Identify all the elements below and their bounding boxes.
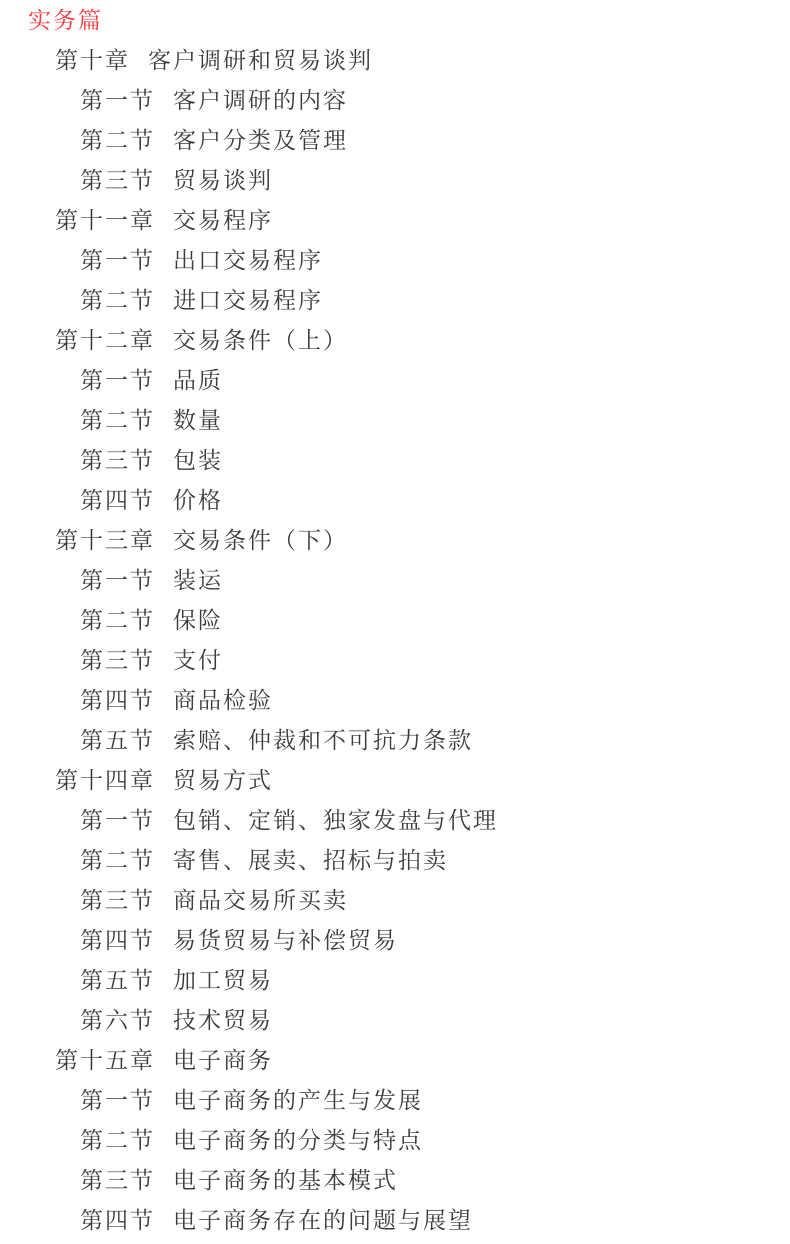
section-entry-label: 第三节 xyxy=(80,1169,155,1192)
section-entry-title: 价格 xyxy=(173,489,223,512)
section-entry[interactable]: 第六节技术贸易 xyxy=(0,1000,790,1040)
section-entry[interactable]: 第一节品质 xyxy=(0,360,790,400)
toc-entries: 第十章客户调研和贸易谈判第一节客户调研的内容第二节客户分类及管理第三节贸易谈判第… xyxy=(0,40,790,1240)
section-entry[interactable]: 第三节电子商务的基本模式 xyxy=(0,1160,790,1200)
section-entry-title: 包装 xyxy=(173,449,223,472)
section-entry[interactable]: 第三节支付 xyxy=(0,640,790,680)
chapter-entry-title: 电子商务 xyxy=(173,1049,273,1072)
section-entry-title: 易货贸易与补偿贸易 xyxy=(173,929,398,952)
section-entry[interactable]: 第三节贸易谈判 xyxy=(0,160,790,200)
section-entry-title: 商品交易所买卖 xyxy=(173,889,348,912)
section-entry[interactable]: 第一节电子商务的产生与发展 xyxy=(0,1080,790,1120)
chapter-entry-title: 交易条件（下） xyxy=(173,529,348,552)
section-entry-label: 第二节 xyxy=(80,849,155,872)
chapter-entry-title: 客户调研和贸易谈判 xyxy=(148,49,373,72)
section-entry-title: 客户分类及管理 xyxy=(173,129,348,152)
part-title-row: 实务篇 xyxy=(0,0,790,40)
section-entry[interactable]: 第二节客户分类及管理 xyxy=(0,120,790,160)
section-entry[interactable]: 第三节商品交易所买卖 xyxy=(0,880,790,920)
section-entry-label: 第二节 xyxy=(80,609,155,632)
section-entry-title: 电子商务的基本模式 xyxy=(173,1169,398,1192)
section-entry[interactable]: 第一节包销、定销、独家发盘与代理 xyxy=(0,800,790,840)
section-entry-label: 第四节 xyxy=(80,929,155,952)
chapter-entry[interactable]: 第十三章交易条件（下） xyxy=(0,520,790,560)
section-entry-title: 装运 xyxy=(173,569,223,592)
section-entry-title: 进口交易程序 xyxy=(173,289,323,312)
section-entry-title: 品质 xyxy=(173,369,223,392)
section-entry-label: 第五节 xyxy=(80,969,155,992)
section-entry-title: 出口交易程序 xyxy=(173,249,323,272)
chapter-entry[interactable]: 第十五章电子商务 xyxy=(0,1040,790,1080)
section-entry[interactable]: 第二节电子商务的分类与特点 xyxy=(0,1120,790,1160)
section-entry-title: 电子商务的分类与特点 xyxy=(173,1129,423,1152)
section-entry[interactable]: 第二节数量 xyxy=(0,400,790,440)
chapter-entry-label: 第十二章 xyxy=(55,329,155,352)
section-entry-label: 第四节 xyxy=(80,689,155,712)
section-entry-title: 保险 xyxy=(173,609,223,632)
section-entry-label: 第一节 xyxy=(80,369,155,392)
section-entry-title: 商品检验 xyxy=(173,689,273,712)
chapter-entry-label: 第十章 xyxy=(55,49,130,72)
section-entry-label: 第四节 xyxy=(80,489,155,512)
section-entry-label: 第二节 xyxy=(80,409,155,432)
section-entry[interactable]: 第一节客户调研的内容 xyxy=(0,80,790,120)
section-entry-label: 第三节 xyxy=(80,169,155,192)
chapter-entry-label: 第十四章 xyxy=(55,769,155,792)
chapter-entry[interactable]: 第十二章交易条件（上） xyxy=(0,320,790,360)
part-title: 实务篇 xyxy=(28,9,103,32)
section-entry-title: 数量 xyxy=(173,409,223,432)
chapter-entry-title: 贸易方式 xyxy=(173,769,273,792)
chapter-entry-label: 第十三章 xyxy=(55,529,155,552)
section-entry[interactable]: 第二节保险 xyxy=(0,600,790,640)
section-entry[interactable]: 第四节价格 xyxy=(0,480,790,520)
chapter-entry[interactable]: 第十章客户调研和贸易谈判 xyxy=(0,40,790,80)
section-entry-label: 第一节 xyxy=(80,569,155,592)
section-entry-label: 第一节 xyxy=(80,1089,155,1112)
section-entry-label: 第二节 xyxy=(80,289,155,312)
section-entry[interactable]: 第四节易货贸易与补偿贸易 xyxy=(0,920,790,960)
section-entry-label: 第一节 xyxy=(80,89,155,112)
chapter-entry-label: 第十五章 xyxy=(55,1049,155,1072)
section-entry-title: 电子商务的产生与发展 xyxy=(173,1089,423,1112)
section-entry[interactable]: 第二节寄售、展卖、招标与拍卖 xyxy=(0,840,790,880)
section-entry[interactable]: 第四节电子商务存在的问题与展望 xyxy=(0,1200,790,1240)
section-entry-label: 第三节 xyxy=(80,889,155,912)
section-entry[interactable]: 第一节装运 xyxy=(0,560,790,600)
section-entry-label: 第四节 xyxy=(80,1209,155,1232)
section-entry[interactable]: 第三节包装 xyxy=(0,440,790,480)
chapter-entry-label: 第十一章 xyxy=(55,209,155,232)
section-entry-title: 包销、定销、独家发盘与代理 xyxy=(173,809,498,832)
section-entry-label: 第一节 xyxy=(80,249,155,272)
section-entry[interactable]: 第五节加工贸易 xyxy=(0,960,790,1000)
section-entry-title: 索赔、仲裁和不可抗力条款 xyxy=(173,729,473,752)
table-of-contents: 实务篇 第十章客户调研和贸易谈判第一节客户调研的内容第二节客户分类及管理第三节贸… xyxy=(0,0,790,1240)
section-entry-label: 第六节 xyxy=(80,1009,155,1032)
section-entry[interactable]: 第二节进口交易程序 xyxy=(0,280,790,320)
section-entry-title: 贸易谈判 xyxy=(173,169,273,192)
section-entry-label: 第五节 xyxy=(80,729,155,752)
section-entry[interactable]: 第五节索赔、仲裁和不可抗力条款 xyxy=(0,720,790,760)
section-entry-title: 电子商务存在的问题与展望 xyxy=(173,1209,473,1232)
section-entry-label: 第二节 xyxy=(80,129,155,152)
section-entry-title: 支付 xyxy=(173,649,223,672)
chapter-entry[interactable]: 第十一章交易程序 xyxy=(0,200,790,240)
section-entry-title: 寄售、展卖、招标与拍卖 xyxy=(173,849,448,872)
chapter-entry-title: 交易条件（上） xyxy=(173,329,348,352)
section-entry-title: 加工贸易 xyxy=(173,969,273,992)
section-entry[interactable]: 第一节出口交易程序 xyxy=(0,240,790,280)
section-entry-label: 第三节 xyxy=(80,649,155,672)
chapter-entry[interactable]: 第十四章贸易方式 xyxy=(0,760,790,800)
section-entry-title: 客户调研的内容 xyxy=(173,89,348,112)
chapter-entry-title: 交易程序 xyxy=(173,209,273,232)
section-entry-label: 第二节 xyxy=(80,1129,155,1152)
section-entry[interactable]: 第四节商品检验 xyxy=(0,680,790,720)
section-entry-label: 第三节 xyxy=(80,449,155,472)
section-entry-label: 第一节 xyxy=(80,809,155,832)
section-entry-title: 技术贸易 xyxy=(173,1009,273,1032)
